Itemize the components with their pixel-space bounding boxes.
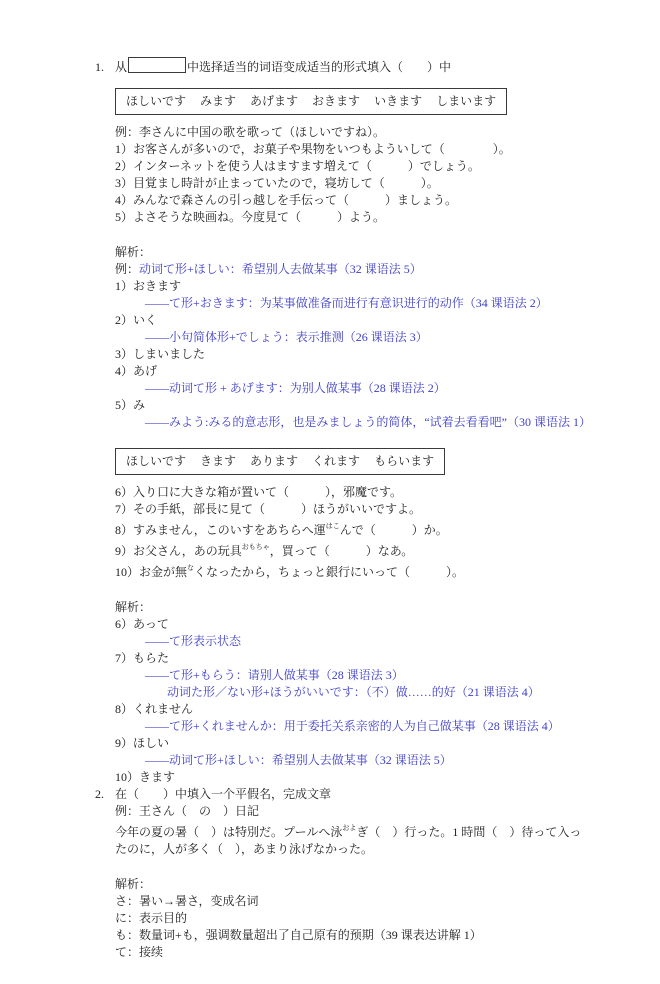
text-segment: 9）お父さん，あの玩具 — [115, 544, 242, 558]
text-segment: んで（ ）か。 — [340, 523, 448, 537]
text-segment: 3）しまいました — [115, 347, 205, 361]
word-option: おきます — [312, 94, 360, 108]
word-option: ほしいです — [126, 454, 186, 468]
text-line: 今年の夏の暑（ ）は特別だ。プールへ泳およぎ（ ）行った。1 時間（ ）待って入… — [115, 820, 620, 841]
text-line: ——小句简体形+でしょう：表示推测（26 课语法 3） — [145, 329, 620, 346]
blank-choice-box — [128, 57, 186, 73]
text-segment: 今年の夏の暑（ ）は特別だ。プールへ泳 — [115, 825, 342, 839]
text-line: ——て形表示状态 — [145, 633, 620, 650]
text-line: 8）すみません，このいすをあちらへ運はこんで（ ）か。 — [115, 518, 620, 539]
text-line: ——て形+おきます：为某事做准备而进行有意识进行的动作（34 课语法 2） — [145, 295, 620, 312]
text-segment: 1）お客さんが多いので，お菓子や果物をいつもよういして（ ）。 — [115, 142, 511, 156]
text-segment: 6）入り口に大きな箱が置いて（ ），邪魔です。 — [115, 485, 402, 499]
word-option: ほしいです — [126, 94, 186, 108]
text-segment: ——动词て形 + あげます：为别人做某事（28 课语法 2） — [145, 381, 446, 395]
word-option: あります — [250, 454, 298, 468]
paragraph-gap — [95, 76, 620, 82]
text-line: 2）いく — [115, 312, 620, 329]
text-line: 2）インターネットを使う人はますます増えて（ ）でしょう。 — [115, 158, 620, 175]
text-segment: 10）きます — [115, 770, 175, 784]
analysis-label: 解析： — [115, 876, 620, 893]
word-option: いきます — [374, 94, 422, 108]
word-option: あげます — [250, 94, 298, 108]
text-segment: 5）み — [115, 398, 145, 412]
text-line: 7）その手紙，部長に見て（ ）ほうがいいですよ。 — [115, 501, 620, 518]
paragraph-gap — [95, 581, 620, 599]
text-line: 3）目覚まし時計が止まっていたので，寝坊して（ ）。 — [115, 175, 620, 192]
text-segment: 4）あげ — [115, 364, 157, 378]
word-box-1: ほしいですみますあげますおきますいきますしまいます — [115, 88, 507, 115]
text-segment: 解析： — [115, 600, 151, 614]
text-line: て：接续 — [115, 944, 620, 961]
text-segment: ，買って（ ）なあ。 — [270, 544, 414, 558]
text-line: さ：暑い→暑さ，变成名词 — [115, 893, 620, 910]
text-line: も：数量词+も，强调数量超出了自己原有的预期（39 课表达讲解 1） — [115, 927, 620, 944]
text-segment: 3）目覚まし時計が止まっていたので，寝坊して（ ）。 — [115, 176, 439, 190]
text-segment: さ：暑い→暑さ，变成名词 — [115, 894, 259, 908]
text-line: 9）お父さん，あの玩具おもちゃ，買って（ ）なあ。 — [115, 539, 620, 560]
text-line: 1）おきます — [115, 278, 620, 295]
text-segment: 2）いく — [115, 313, 157, 327]
text-segment: 动词て形+ほしい：希望别人去做某事（32 课语法 5） — [139, 262, 422, 276]
text-segment: 7）もらた — [115, 651, 169, 665]
text-segment: 解析： — [115, 245, 151, 259]
text-segment: 2）インターネットを使う人はますます増えて（ ）でしょう。 — [115, 159, 480, 173]
text-segment: くなったから，ちょっと銀行にいって（ ）。 — [194, 565, 464, 579]
text-line: 8）くれません — [115, 701, 620, 718]
text-segment: 4）みんなで森さんの引っ越しを手伝って（ ）ましょう。 — [115, 193, 457, 207]
word-option: みます — [200, 94, 236, 108]
text-line: 4）あげ — [115, 363, 620, 380]
text-segment: 8）くれません — [115, 702, 193, 716]
text-segment: ——て形表示状态 — [145, 634, 241, 648]
text-segment: ——て形+おきます：为某事做准备而进行有意识进行的动作（34 课语法 2） — [145, 296, 548, 310]
word-box-2-row: ほしいですきますありますくれますもらいます — [115, 448, 620, 475]
text-segment: ぎ（ ）行った。1 時間（ ）待って入っ — [356, 825, 581, 839]
text-segment: 例：李さんに中国の歌を歌って（ほしいですね）。 — [115, 125, 385, 139]
text-segment: 6）あって — [115, 617, 169, 631]
text-segment: 例： — [115, 262, 139, 276]
analysis-label: 解析： — [115, 244, 620, 261]
text-line: ——て形+もらう：请别人做某事（28 课语法 3） — [145, 667, 620, 684]
paragraph-gap — [95, 431, 620, 442]
paragraph-gap — [95, 858, 620, 876]
text-line: たのに，人が多く（ ），あまり泳げなかった。 — [115, 841, 620, 858]
example-line: 例：李さんに中国の歌を歌って（ほしいですね）。 — [115, 124, 620, 141]
text-segment: ——小句简体形+でしょう：表示推测（26 课语法 3） — [145, 330, 428, 344]
text-segment: 在（ ）中填入一个平假名，完成文章 — [115, 787, 331, 801]
text-segment: ——て形+もらう：请别人做某事（28 课语法 3） — [145, 668, 404, 682]
word-box-1-row: ほしいですみますあげますおきますいきますしまいます — [115, 88, 620, 115]
word-box-2: ほしいですきますありますくれますもらいます — [115, 448, 445, 475]
text-line: 6）入り口に大きな箱が置いて（ ），邪魔です。 — [115, 484, 620, 501]
word-option: しまいます — [436, 94, 496, 108]
text-segment: 从 — [115, 60, 127, 74]
text-line: ——て形+くれませんか：用于委托关系亲密的人为自己做某事（28 课语法 4） — [145, 718, 620, 735]
text-segment: たのに，人が多く（ ），あまり泳げなかった。 — [115, 842, 373, 856]
text-segment: ——て形+くれませんか：用于委托关系亲密的人为自己做某事（28 课语法 4） — [145, 719, 560, 733]
analysis-label: 解析： — [115, 599, 620, 616]
text-line: 例：动词て形+ほしい：希望别人去做某事（32 课语法 5） — [115, 261, 620, 278]
text-line: 1）お客さんが多いので，お菓子や果物をいつもよういして（ ）。 — [115, 141, 620, 158]
text-line: 7）もらた — [115, 650, 620, 667]
text-segment: ——动词て形+ほしい：希望别人去做某事（32 课语法 5） — [145, 753, 452, 767]
furigana: はこ — [326, 522, 340, 530]
text-segment: 7）その手紙，部長に見て（ ）ほうがいいですよ。 — [115, 502, 421, 516]
text-line: 5）み — [115, 397, 620, 414]
text-segment: に：表示目的 — [115, 911, 187, 925]
furigana: おもちゃ — [242, 543, 270, 551]
text-line: 10）きます — [115, 769, 620, 786]
text-line: ——动词て形 + あげます：为别人做某事（28 课语法 2） — [145, 380, 620, 397]
question-1-heading: 1.从中选择适当的词语变成适当的形式填入（ ）中 — [95, 57, 620, 76]
text-segment: 10）お金が無 — [115, 565, 187, 579]
text-line: 9）ほしい — [115, 735, 620, 752]
text-line: 动词た形／ない形+ほうがいいです：（不）做……的好（21 课语法 4） — [167, 684, 620, 701]
text-segment: 1）おきます — [115, 279, 181, 293]
text-segment: も：数量词+も，强调数量超出了自己原有的预期（39 课表达讲解 1） — [115, 928, 482, 942]
text-segment: 5）よさそうな映画ね。今度見て（ ）よう。 — [115, 210, 385, 224]
text-line: ——动词て形+ほしい：希望别人去做某事（32 课语法 5） — [145, 752, 620, 769]
text-line: 3）しまいました — [115, 346, 620, 363]
text-segment: 解析： — [115, 877, 151, 891]
text-line: ——みよう:みる的意志形，也是みましょう的简体，“试着去看看吧”（30 课语法 … — [145, 414, 620, 431]
word-option: きます — [200, 454, 236, 468]
text-segment: ——みよう:みる的意志形，也是みましょう的简体，“试着去看看吧”（30 课语法 … — [145, 415, 591, 429]
question-2-heading: 2.在（ ）中填入一个平假名，完成文章 — [95, 786, 620, 803]
text-segment: 动词た形／ない形+ほうがいいです：（不）做……的好（21 课语法 4） — [167, 685, 540, 699]
text-line: 10）お金が無なくなったから，ちょっと銀行にいって（ ）。 — [115, 560, 620, 581]
furigana: およ — [342, 824, 356, 832]
word-option: くれます — [312, 454, 360, 468]
text-segment: 9）ほしい — [115, 736, 169, 750]
section-number: 1. — [95, 59, 115, 76]
example-line: 例：王さん（ の ）日記 — [115, 803, 620, 820]
paragraph-gap — [95, 226, 620, 244]
text-segment: 8）すみません，このいすをあちらへ運 — [115, 523, 326, 537]
text-line: 5）よさそうな映画ね。今度見て（ ）よう。 — [115, 209, 620, 226]
text-segment: て：接续 — [115, 945, 163, 959]
worksheet-document: 1.从中选择适当的词语变成适当的形式填入（ ）中ほしいですみますあげますおきます… — [0, 0, 660, 984]
furigana: な — [187, 564, 194, 572]
section-number: 2. — [95, 786, 115, 803]
text-line: 6）あって — [115, 616, 620, 633]
text-line: に：表示目的 — [115, 910, 620, 927]
word-option: もらいます — [374, 454, 434, 468]
text-segment: 例：王さん（ の ）日記 — [115, 804, 259, 818]
text-line: 4）みんなで森さんの引っ越しを手伝って（ ）ましょう。 — [115, 192, 620, 209]
text-segment: 中选择适当的词语变成适当的形式填入（ ）中 — [187, 60, 451, 74]
